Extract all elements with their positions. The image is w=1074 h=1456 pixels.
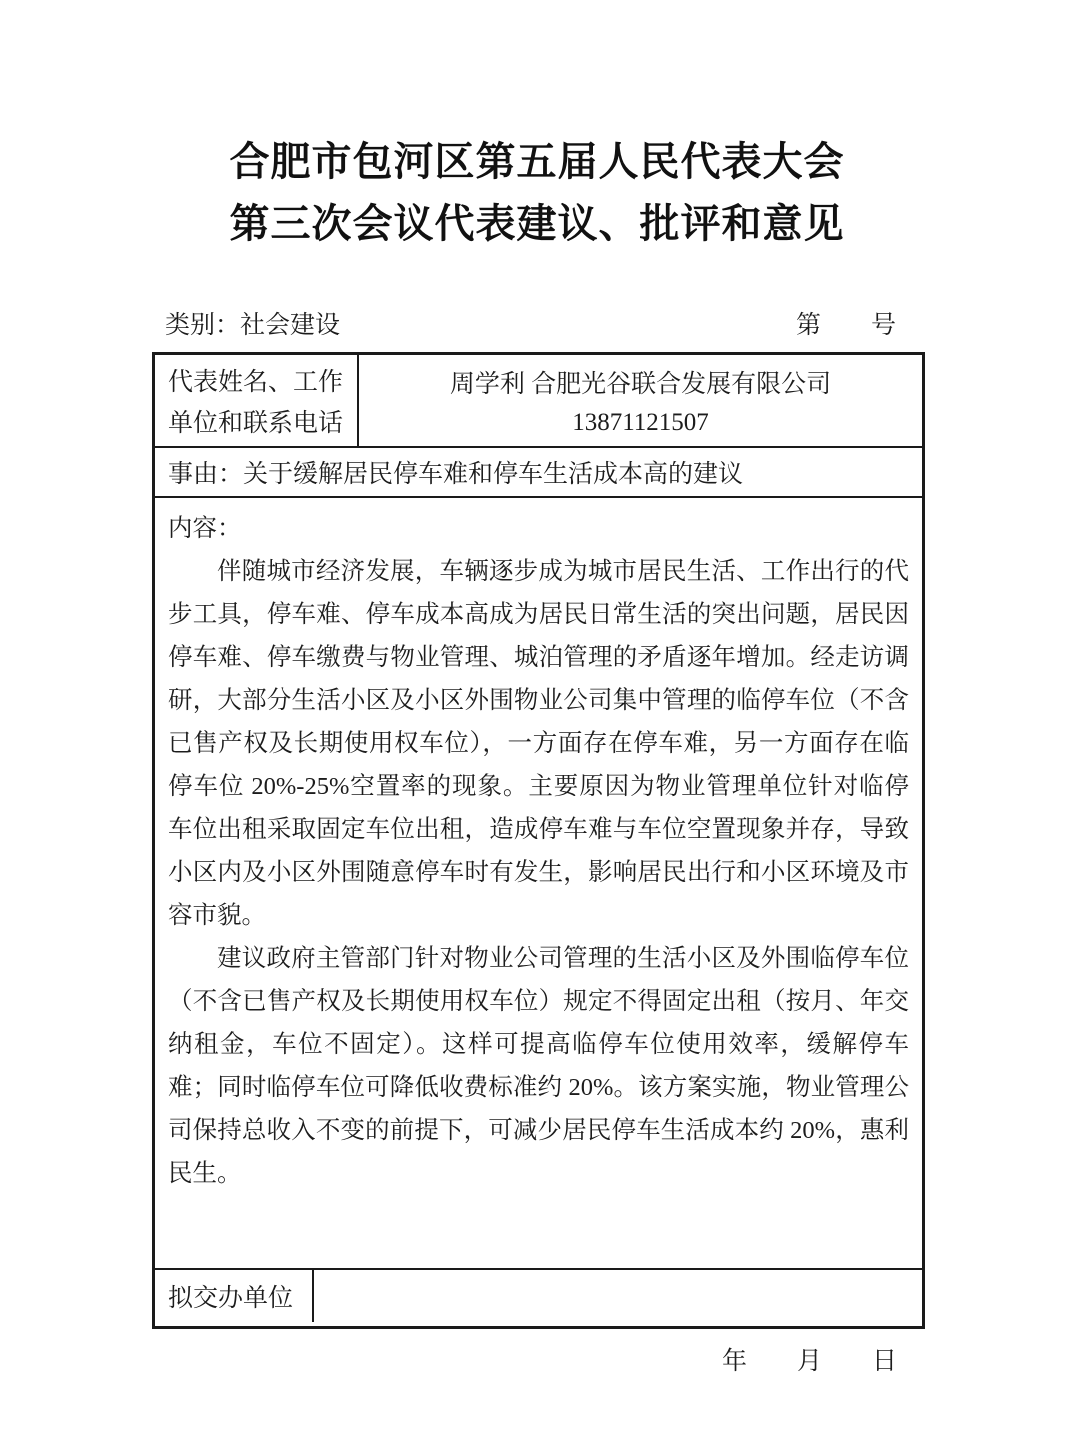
representative-name-company: 周学利 合肥光谷联合发展有限公司: [359, 364, 922, 400]
category-label: 类别：社会建设: [165, 308, 340, 344]
content-paragraph-1: 伴随城市经济发展，车辆逐步成为城市居民生活、工作出行的代步工具，停车难、停车成本…: [168, 550, 909, 937]
date-line: 年 月 日: [0, 1344, 897, 1380]
doc-number-label: 第 号: [796, 308, 896, 344]
page-title-line-1: 合肥市包河区第五届人民代表大会: [0, 131, 1074, 193]
page-title-line-2: 第三次会议代表建议、批评和意见: [0, 193, 1074, 255]
representative-value-cell: 周学利 合肥光谷联合发展有限公司 13871121507: [359, 355, 922, 446]
representative-header-cell: 代表姓名、工作 单位和联系电话: [155, 355, 359, 446]
page-title: 合肥市包河区第五届人民代表大会 第三次会议代表建议、批评和意见: [0, 131, 1074, 255]
content-cell: 内容： 伴随城市经济发展，车辆逐步成为城市居民生活、工作出行的代步工具，停车难、…: [155, 498, 922, 1270]
document-page: 合肥市包河区第五届人民代表大会 第三次会议代表建议、批评和意见 类别：社会建设 …: [0, 0, 1074, 1456]
meta-row: 类别：社会建设 第 号: [165, 308, 896, 344]
subject-text: 事由：关于缓解居民停车难和停车生活成本高的建议: [168, 454, 743, 490]
content-label: 内容：: [168, 507, 909, 550]
assign-unit-row: 拟交办单位: [155, 1270, 922, 1322]
representative-header-line-1: 代表姓名、工作: [168, 362, 357, 398]
assign-unit-label: 拟交办单位: [155, 1270, 314, 1322]
subject-row: 事由：关于缓解居民停车难和停车生活成本高的建议: [155, 448, 922, 498]
assign-unit-value-cell: [314, 1270, 922, 1322]
content-paragraph-2: 建议政府主管部门针对物业公司管理的生活小区及外围临停车位（不含已售产权及长期使用…: [168, 937, 909, 1195]
representative-header-line-2: 单位和联系电话: [168, 403, 357, 439]
representative-row: 代表姓名、工作 单位和联系电话 周学利 合肥光谷联合发展有限公司 1387112…: [155, 355, 922, 448]
representative-phone: 13871121507: [359, 409, 922, 437]
form-table: 代表姓名、工作 单位和联系电话 周学利 合肥光谷联合发展有限公司 1387112…: [152, 352, 925, 1329]
